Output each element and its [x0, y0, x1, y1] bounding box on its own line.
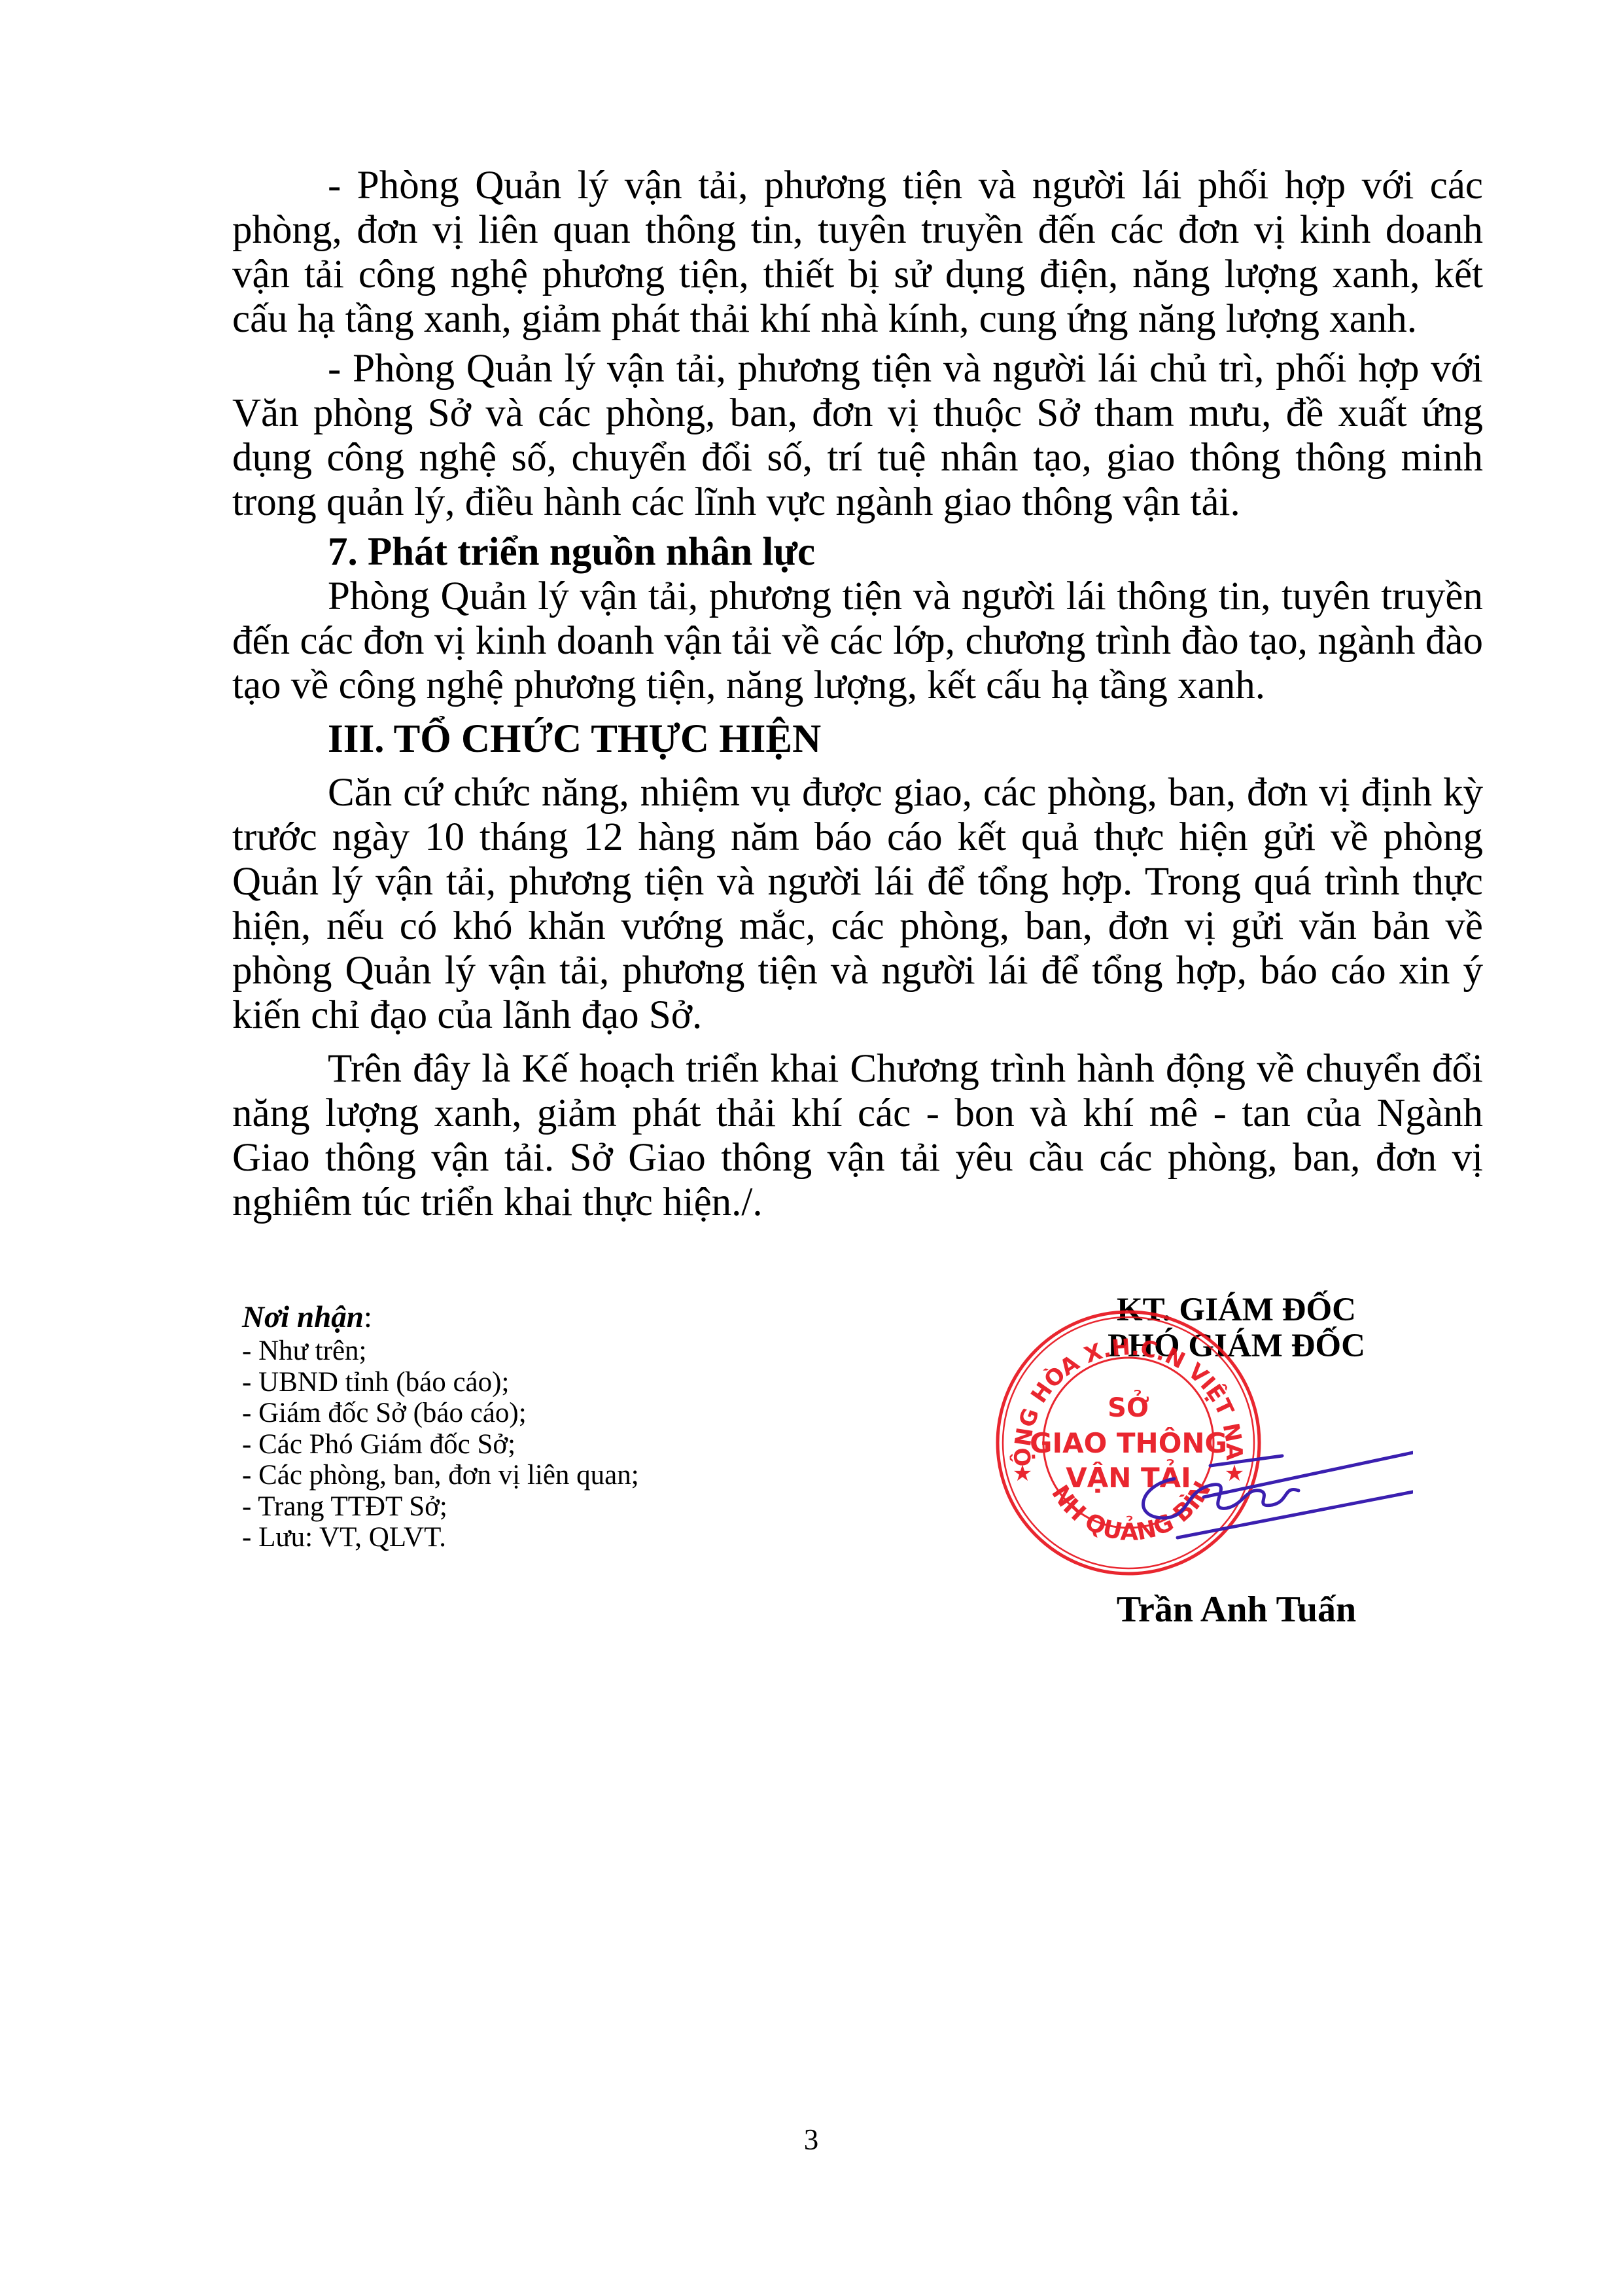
recipients-label: Nơi nhận:: [242, 1299, 639, 1335]
recipient-item: - Lưu: VT, QLVT.: [242, 1522, 639, 1553]
handwritten-signature-icon: [1112, 1439, 1413, 1557]
paragraph-human-resources: Phòng Quản lý vận tải, phương tiện và ng…: [232, 574, 1483, 708]
page-number: 3: [746, 2123, 877, 2156]
recipient-item: - Trang TTĐT Sở;: [242, 1491, 639, 1523]
signer-name: Trần Anh Tuấn: [1079, 1590, 1393, 1629]
recipients-list: - Như trên; - UBND tỉnh (báo cáo); - Giá…: [242, 1335, 639, 1553]
recipient-item: - Như trên;: [242, 1335, 639, 1367]
document-body: - Phòng Quản lý vận tải, phương tiện và …: [232, 164, 1483, 1225]
svg-text:SỞ: SỞ: [1108, 1388, 1149, 1423]
section-heading-iii: III. TỔ CHỨC THỰC HIỆN: [232, 717, 1483, 762]
recipient-item: - Giám đốc Sở (báo cáo);: [242, 1398, 639, 1429]
section-heading-7: 7. Phát triển nguồn nhân lực: [232, 530, 1483, 574]
paragraph-implementation: Căn cứ chức năng, nhiệm vụ được giao, cá…: [232, 771, 1483, 1038]
recipient-item: - Các phòng, ban, đơn vị liên quan;: [242, 1460, 639, 1491]
recipient-item: - Các Phó Giám đốc Sở;: [242, 1429, 639, 1460]
paragraph-digital-transformation: - Phòng Quản lý vận tải, phương tiện và …: [232, 347, 1483, 525]
recipient-item: - UBND tỉnh (báo cáo);: [242, 1367, 639, 1398]
document-page: - Phòng Quản lý vận tải, phương tiện và …: [0, 0, 1623, 2296]
recipients-block: Nơi nhận: - Như trên; - UBND tỉnh (báo c…: [242, 1299, 639, 1553]
paragraph-closing: Trên đây là Kế hoạch triển khai Chương t…: [232, 1047, 1483, 1225]
paragraph-coordination: - Phòng Quản lý vận tải, phương tiện và …: [232, 164, 1483, 342]
svg-text:★: ★: [1013, 1460, 1032, 1487]
